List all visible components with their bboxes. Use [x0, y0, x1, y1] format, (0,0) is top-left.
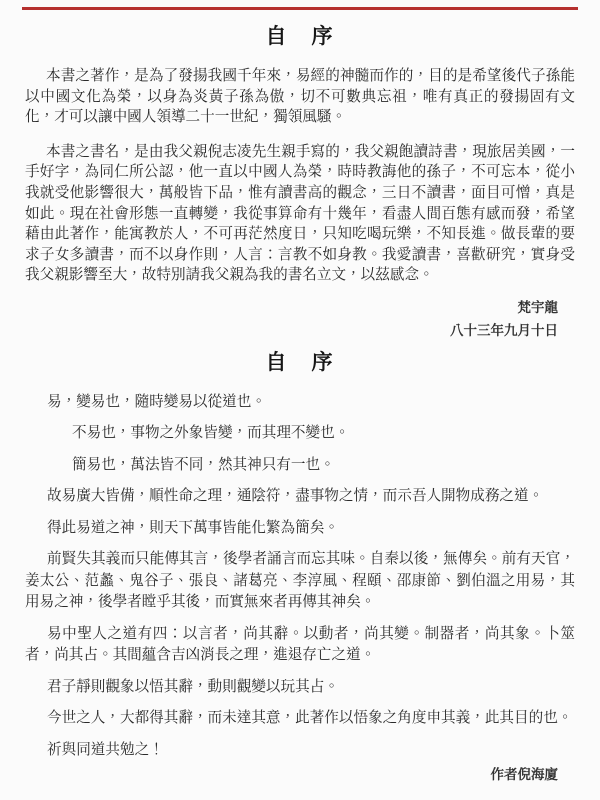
- preface-page: 自 序 本書之著作，是為了發揚我國千年來，易經的神髓而作的，目的是希望後代子孫能…: [0, 0, 600, 800]
- section2-title: 自 序: [25, 339, 575, 375]
- section2-line-5: 得此易道之神，則天下萬事皆能化繁為簡矣。: [25, 518, 575, 540]
- section2-line-9: 今世之人，大都得其辭，而未達其意，此著作以悟象之角度申其義，此其目的也。: [25, 708, 575, 730]
- section2-line-3: 簡易也，萬法皆不同，然其神只有一也。: [25, 455, 575, 477]
- first-preface-section: 自 序 本書之著作，是為了發揚我國千年來，易經的神髓而作的，目的是希望後代子孫能…: [25, 0, 575, 339]
- second-preface-section: 自 序 易，變易也，隨時變易以從道也。 不易也，事物之外象皆變，而其理不變也。 …: [25, 339, 575, 784]
- section2-line-2: 不易也，事物之外象皆變，而其理不變也。: [25, 423, 575, 445]
- section2-line-8: 君子靜則觀象以悟其辭，動則觀變以玩其占。: [25, 677, 575, 699]
- section1-paragraph-2: 本書之書名，是由我父親倪志凌先生親手寫的，我父親飽讀詩書，現旅居美國，一手好字，…: [25, 142, 575, 286]
- section2-line-4: 故易廣大皆備，順性命之理，通陰符，盡事物之情，而示吾人開物成務之道。: [25, 486, 575, 508]
- section2-line-7: 易中聖人之道有四：以言者，尚其辭。以動者，尚其變。制器者，尚其象。卜筮者，尚其占…: [25, 624, 575, 667]
- author-signature: 作者倪海廈: [25, 767, 575, 783]
- section2-line-1: 易，變易也，隨時變易以從道也。: [25, 392, 575, 414]
- section2-line-6: 前賢失其義而只能傳其言，後學者誦言而忘其味。自秦以後，無傳矣。前有天官，姜太公、…: [25, 549, 575, 614]
- section2-line-10: 祈與同道共勉之！: [25, 740, 575, 762]
- signature-date: 八十三年九月十日: [25, 323, 558, 339]
- signature-name: 梵宇龍: [25, 300, 558, 316]
- section1-signature: 梵宇龍 八十三年九月十日: [25, 300, 575, 339]
- top-red-divider: [22, 7, 578, 10]
- section1-paragraph-1: 本書之著作，是為了發揚我國千年來，易經的神髓而作的，目的是希望後代子孫能以中國文…: [25, 66, 575, 128]
